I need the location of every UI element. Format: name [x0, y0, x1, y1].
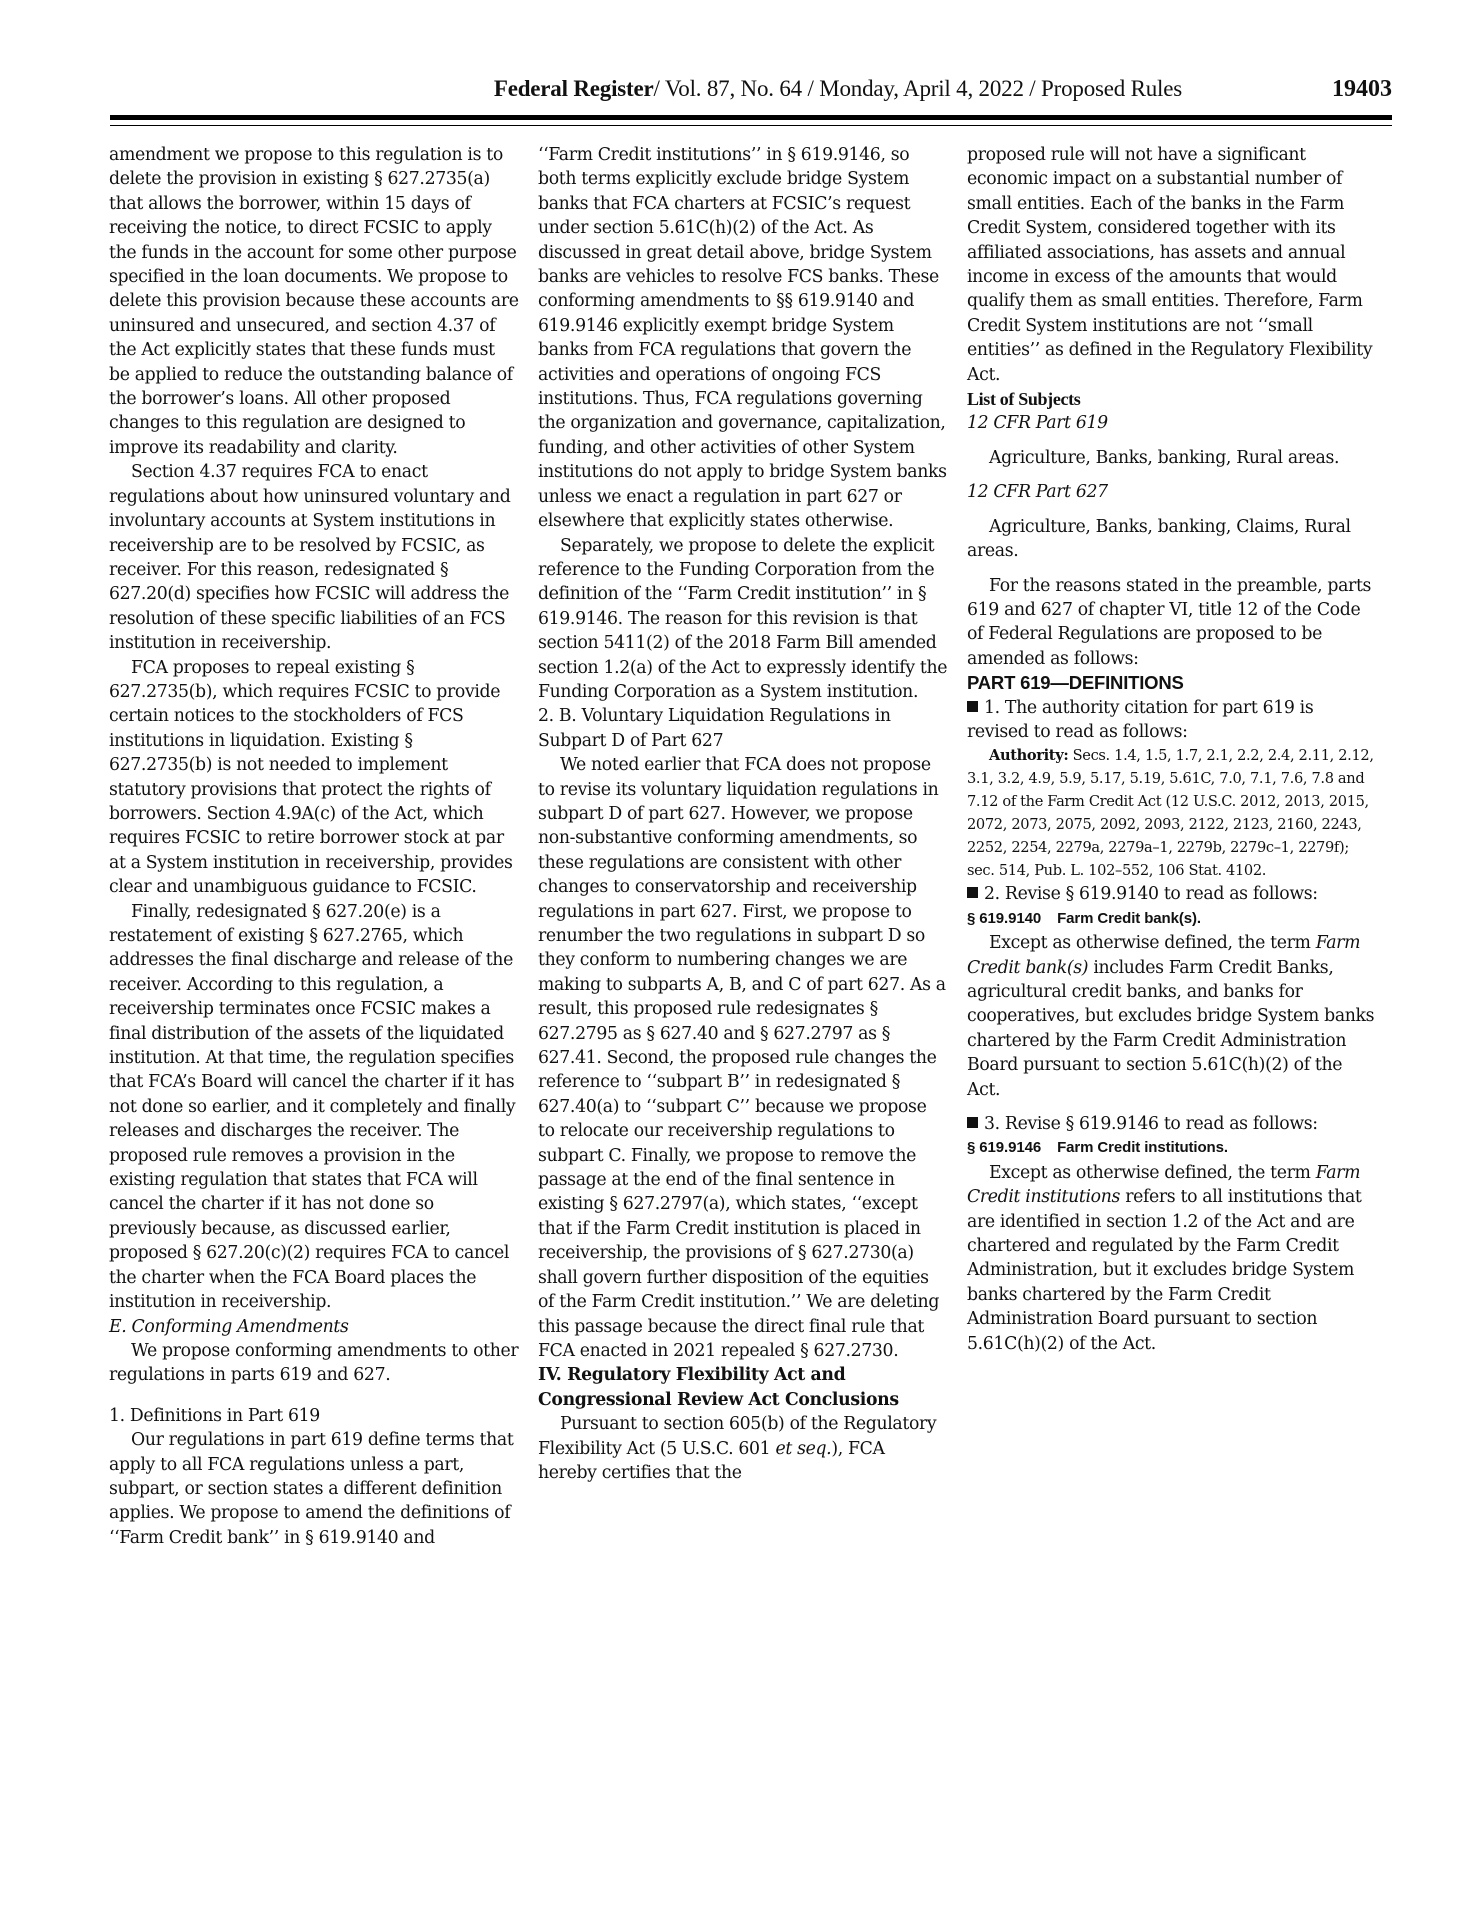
section-heading-definitions: 1. Definitions in Part 619 — [109, 1404, 519, 1428]
amendatory-instruction-3: 3. Revise § 619.9146 to read as follows: — [967, 1112, 1377, 1136]
publication-line: Federal Register/ Vol. 87, No. 64 / Mond… — [494, 76, 1182, 102]
bullet-square-icon — [967, 887, 978, 898]
part-heading: PART 619—DEFINITIONS — [967, 671, 1377, 695]
list-of-subjects-heading: List of Subjects — [967, 387, 1377, 411]
paragraph: proposed rule will not have a significan… — [967, 143, 1377, 387]
bullet-square-icon — [967, 701, 978, 712]
section-heading-regulatory-flexibility: IV. Regulatory Flexibility Act and Congr… — [538, 1363, 948, 1412]
header-rule-thick — [110, 115, 1392, 120]
authority-text: Secs. 1.4, 1.5, 1.7, 2.1, 2.2, 2.4, 2.11… — [967, 747, 1374, 879]
text-run: Except as otherwise defined, the term — [989, 1163, 1316, 1183]
section-heading-conforming-amendments: E. Conforming Amendments — [109, 1315, 519, 1339]
running-head: Federal Register/ Vol. 87, No. 64 / Mond… — [110, 76, 1392, 110]
amendatory-instruction-1: 1. The authority citation for part 619 i… — [967, 696, 1377, 745]
text-run: includes Farm Credit Banks, agricultural… — [967, 958, 1374, 1100]
bullet-square-icon — [967, 1117, 978, 1128]
column-left: amendment we propose to this regulation … — [109, 143, 519, 1550]
section-title: Farm Credit bank(s). — [1057, 910, 1201, 927]
section-title: Farm Credit institutions. — [1057, 1139, 1228, 1156]
text-run: 1. The authority citation for part 619 i… — [967, 698, 1313, 742]
header-rule-thin — [110, 125, 1392, 126]
cfr-part-627-label: 12 CFR Part 627 — [967, 480, 1377, 504]
paragraph: Pursuant to section 605(b) of the Regula… — [538, 1412, 948, 1485]
publication-name: Federal Register — [494, 76, 654, 101]
paragraph: amendment we propose to this regulation … — [109, 143, 519, 460]
text-run-italic: et seq. — [775, 1439, 831, 1459]
cfr-part-619-label: 12 CFR Part 619 — [967, 411, 1377, 435]
section-heading-voluntary-liquidation: 2. B. Voluntary Liquidation Regulations … — [538, 704, 948, 753]
text-run: 2. Revise § 619.9140 to read as follows: — [984, 884, 1318, 904]
definition-619-9140: Except as otherwise defined, the term Fa… — [967, 931, 1377, 1102]
paragraph: We propose conforming amendments to othe… — [109, 1339, 519, 1388]
page-number: 19403 — [1332, 76, 1392, 103]
amendatory-instruction-2: 2. Revise § 619.9140 to read as follows: — [967, 882, 1377, 906]
paragraph: Section 4.37 requires FCA to enact regul… — [109, 460, 519, 655]
definition-619-9146: Except as otherwise defined, the term Fa… — [967, 1161, 1377, 1356]
column-right: proposed rule will not have a significan… — [967, 143, 1377, 1356]
authority-citation: Authority: Secs. 1.4, 1.5, 1.7, 2.1, 2.2… — [967, 744, 1377, 882]
section-heading-619-9140: § 619.9140Farm Credit bank(s). — [967, 907, 1377, 931]
section-number: § 619.9146 — [967, 1139, 1041, 1156]
paragraph: FCA proposes to repeal existing § 627.27… — [109, 656, 519, 900]
paragraph: Our regulations in part 619 define terms… — [109, 1428, 519, 1550]
section-number: § 619.9140 — [967, 910, 1041, 927]
text-run: 3. Revise § 619.9146 to read as follows: — [984, 1114, 1318, 1134]
paragraph: We noted earlier that FCA does not propo… — [538, 753, 948, 1363]
paragraph: Separately, we propose to delete the exp… — [538, 534, 948, 705]
paragraph: ‘‘Farm Credit institutions’’ in § 619.91… — [538, 143, 948, 534]
paragraph: For the reasons stated in the preamble, … — [967, 574, 1377, 672]
paragraph: Finally, redesignated § 627.20(e) is a r… — [109, 900, 519, 1315]
column-middle: ‘‘Farm Credit institutions’’ in § 619.91… — [538, 143, 948, 1485]
text-run: refers to all institutions that are iden… — [967, 1187, 1362, 1353]
issue-info: / Vol. 87, No. 64 / Monday, April 4, 202… — [654, 76, 1183, 101]
section-heading-619-9146: § 619.9146Farm Credit institutions. — [967, 1136, 1377, 1160]
authority-label: Authority: — [989, 747, 1068, 764]
subjects-619: Agriculture, Banks, banking, Rural areas… — [967, 446, 1377, 470]
subjects-627: Agriculture, Banks, banking, Claims, Rur… — [967, 515, 1377, 564]
text-run: Except as otherwise defined, the term — [989, 933, 1316, 953]
